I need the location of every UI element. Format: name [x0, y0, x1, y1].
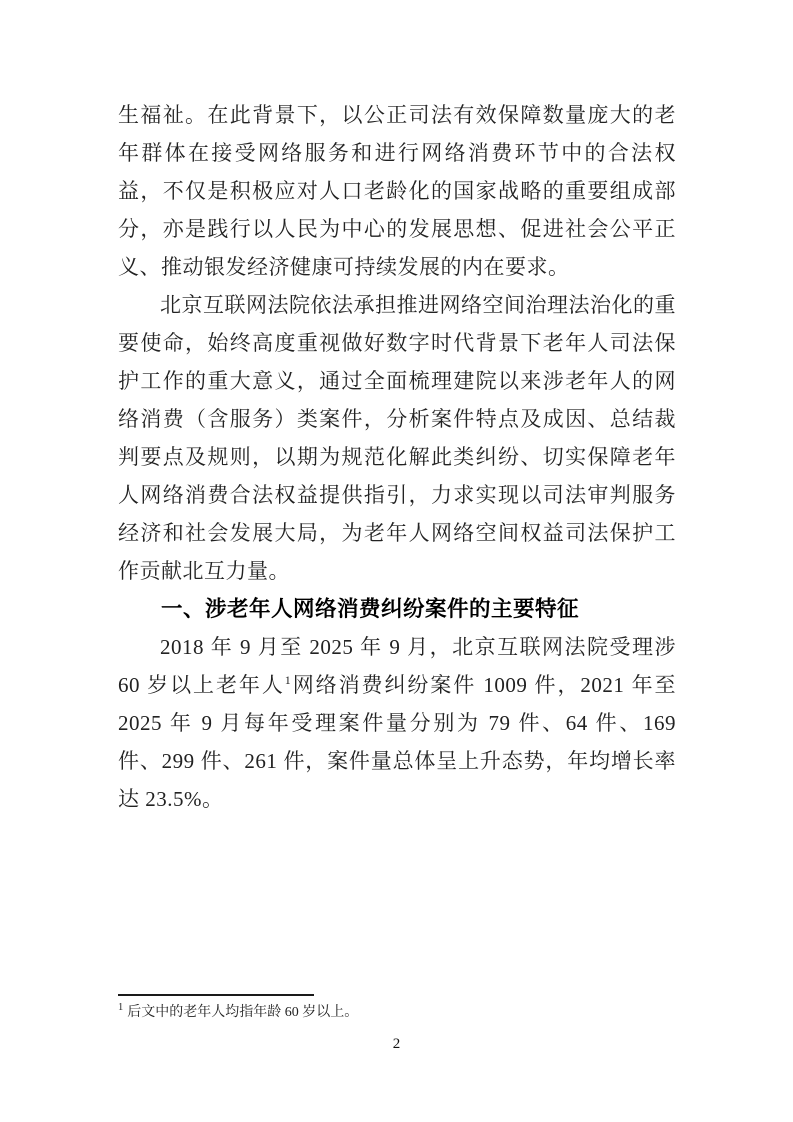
page-number: 2	[0, 1036, 793, 1053]
page-body: 生福祉。在此背景下，以公正司法有效保障数量庞大的老年群体在接受网络服务和进行网络…	[118, 96, 676, 818]
footnote-separator-rule	[118, 994, 314, 996]
footnote-area: 1后文中的老年人均指年龄 60 岁以上。	[118, 994, 676, 1023]
section-heading-1: 一、涉老年人网络消费纠纷案件的主要特征	[118, 590, 676, 628]
footnote-text: 后文中的老年人均指年龄 60 岁以上。	[127, 1005, 358, 1020]
footnote-marker: 1	[118, 1002, 123, 1013]
paragraph-court-mission: 北京互联网法院依法承担推进网络空间治理法治化的重要使命，始终高度重视做好数字时代…	[118, 286, 676, 590]
footnote: 1后文中的老年人均指年龄 60 岁以上。	[118, 1003, 676, 1023]
paragraph-case-statistics: 2018 年 9 月至 2025 年 9 月，北京互联网法院受理涉 60 岁以上…	[118, 628, 676, 818]
paragraph-continuation: 生福祉。在此背景下，以公正司法有效保障数量庞大的老年群体在接受网络服务和进行网络…	[118, 96, 676, 286]
document-page: 生福祉。在此背景下，以公正司法有效保障数量庞大的老年群体在接受网络服务和进行网络…	[0, 0, 793, 1122]
